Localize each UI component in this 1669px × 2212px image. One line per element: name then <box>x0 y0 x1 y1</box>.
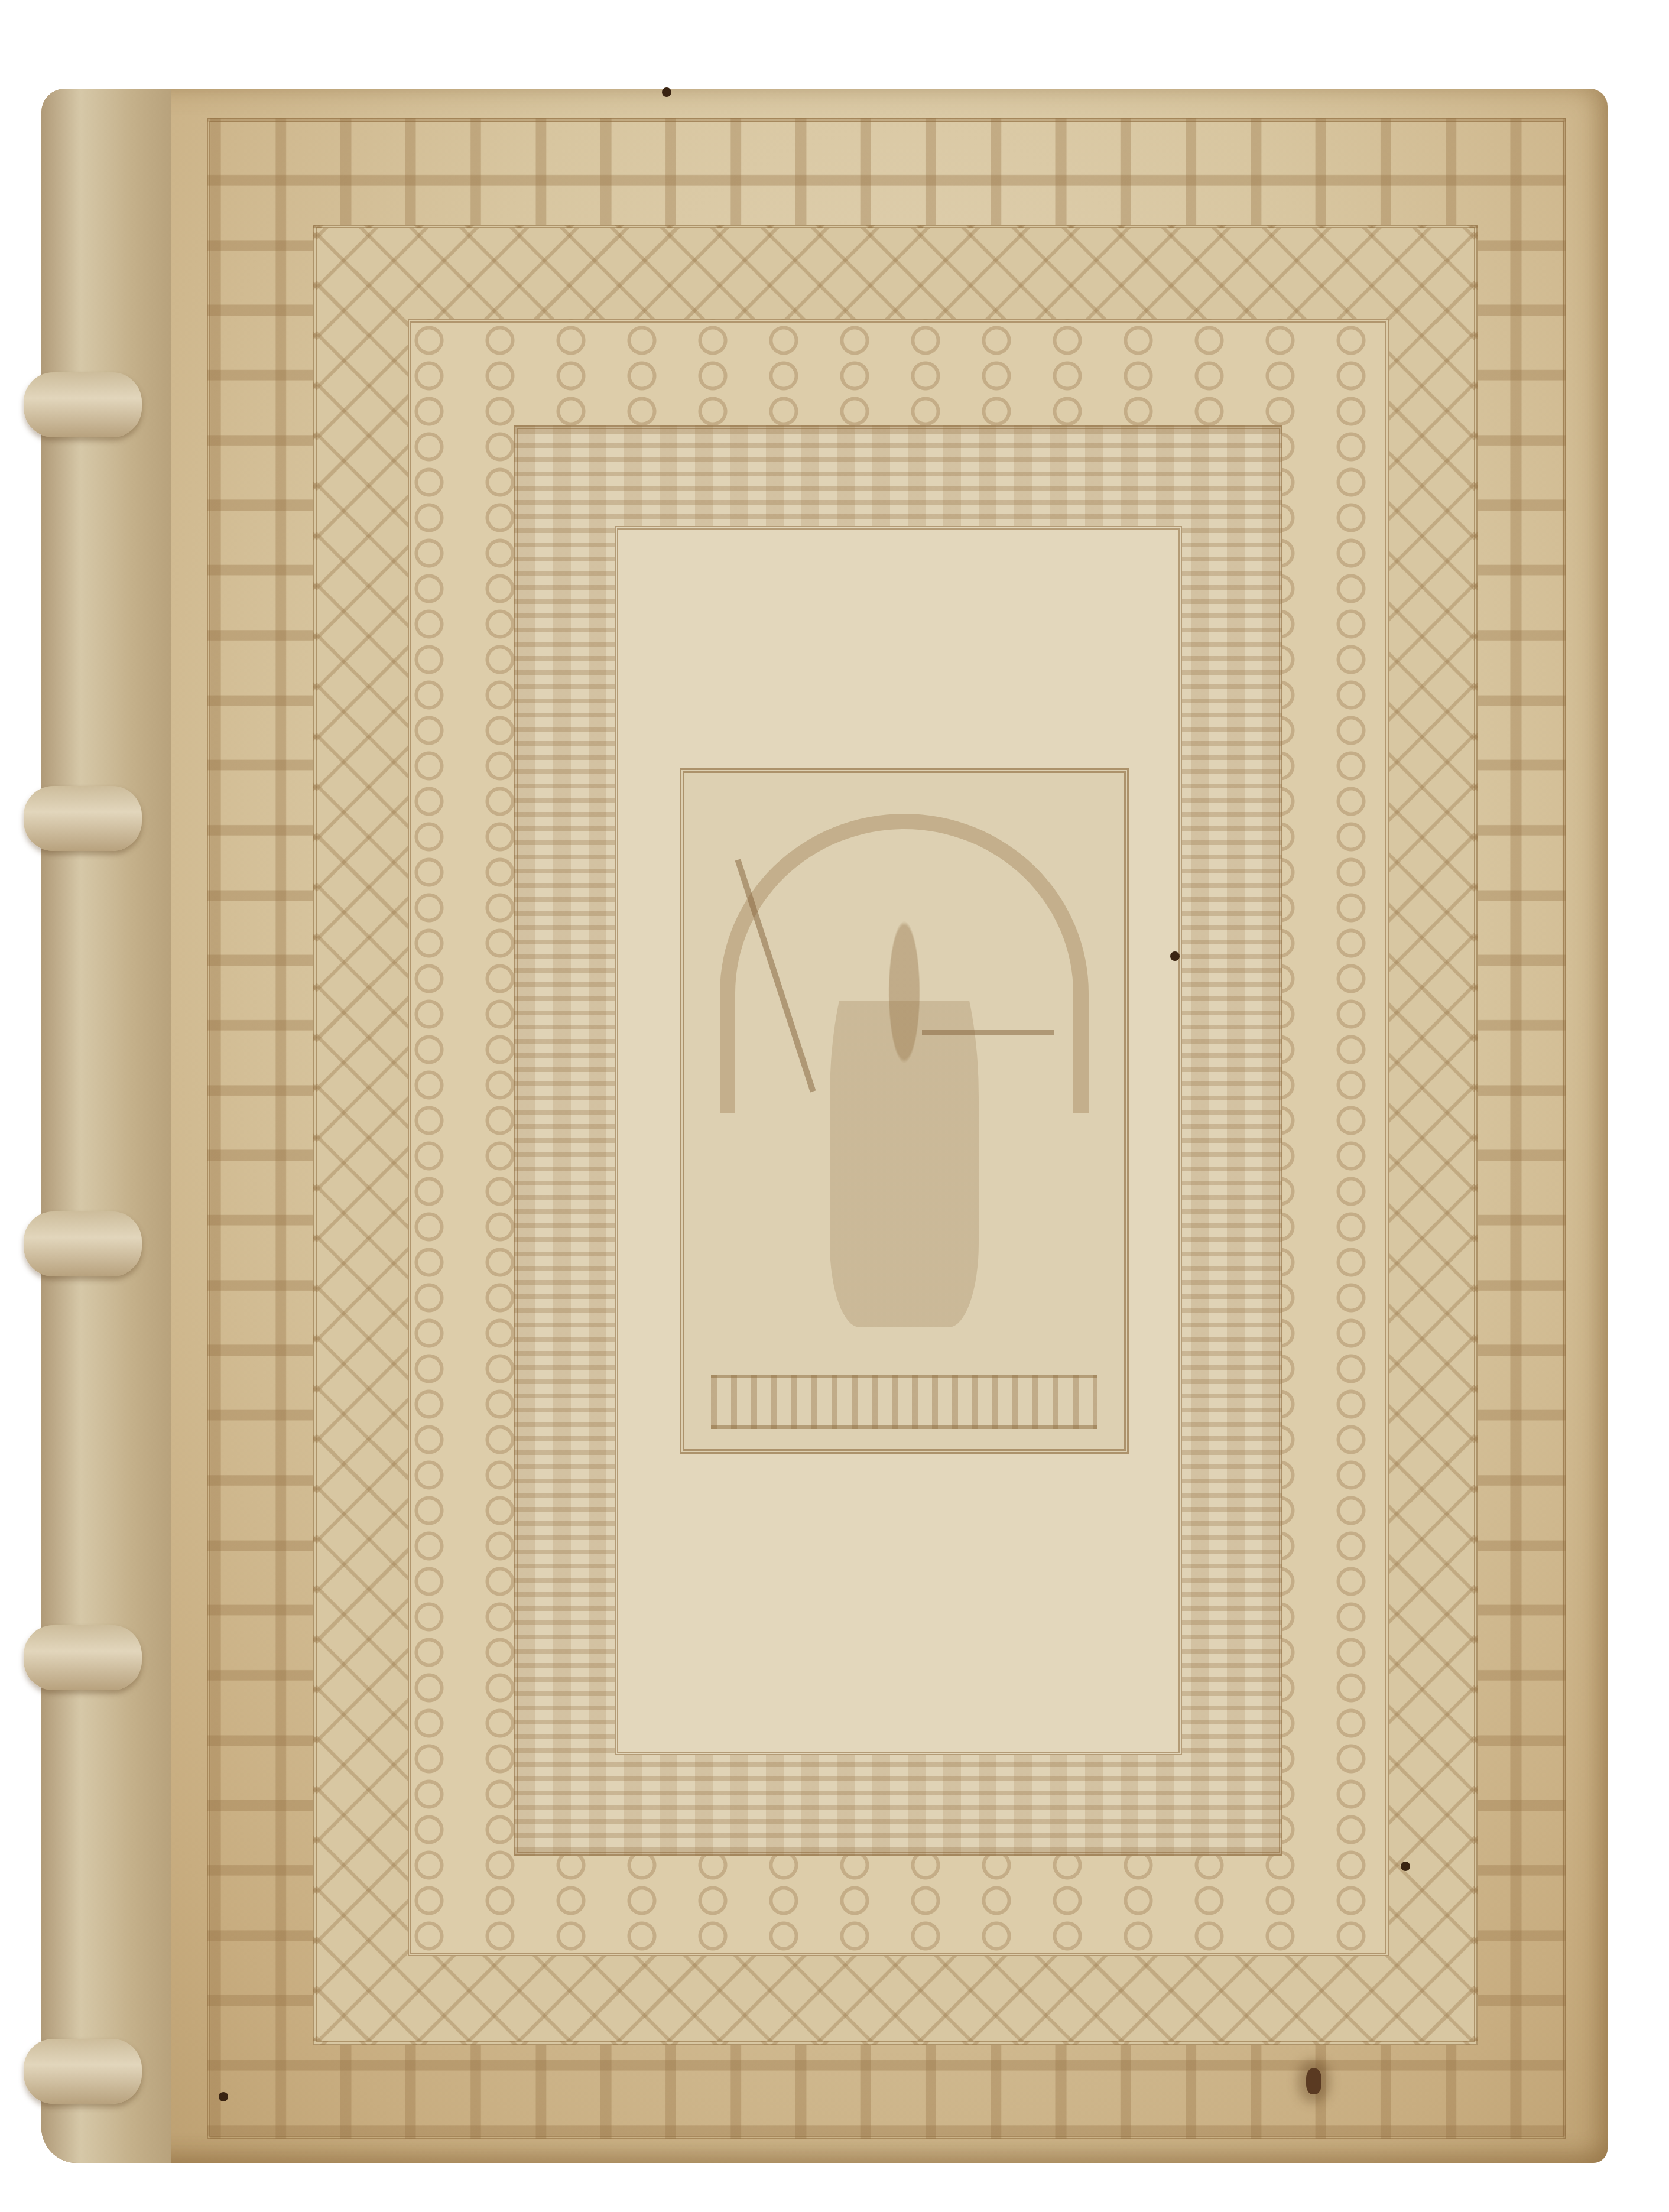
spine-band <box>24 2039 142 2104</box>
scales-icon <box>922 1030 1054 1035</box>
inscription-band <box>711 1375 1098 1429</box>
worm-hole <box>662 87 671 97</box>
worm-hole <box>219 2092 228 2101</box>
worm-hole <box>1401 1862 1410 1871</box>
book-cover <box>41 89 1608 2163</box>
spine-band <box>24 1211 142 1276</box>
spine-band <box>24 372 142 437</box>
clasp-pin <box>1306 2068 1321 2094</box>
book-spine <box>41 89 171 2163</box>
spine-band <box>24 1625 142 1690</box>
justitia-figure <box>830 908 979 1327</box>
spine-band <box>24 786 142 851</box>
worm-hole <box>1170 951 1180 961</box>
central-panel <box>680 768 1129 1454</box>
